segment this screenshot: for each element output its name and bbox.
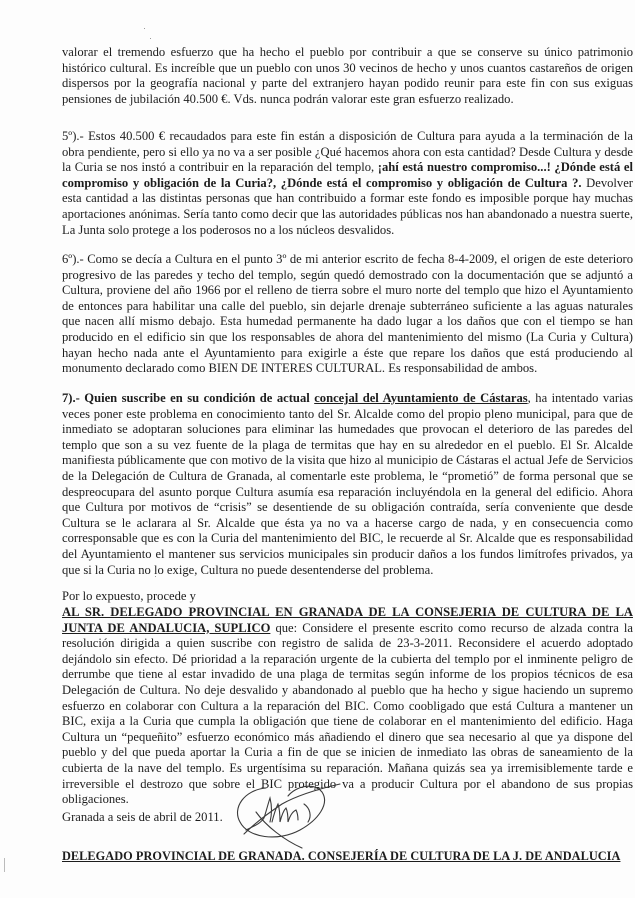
- paragraph-7-concejal: concejal del Ayuntamiento de Cástaras: [314, 391, 527, 405]
- date-line: Granada a seis de abril de 2011.: [62, 810, 223, 826]
- document-page: valorar el tremendo esfuerzo que ha hech…: [0, 0, 635, 898]
- paragraph-6: 6º).- Como se decía a Cultura en el punt…: [62, 252, 633, 377]
- scan-speck: [155, 576, 156, 577]
- paragraph-intro: valorar el tremendo esfuerzo que ha hech…: [62, 45, 633, 107]
- footer-addressee: DELEGADO PROVINCIAL DE GRANADA. CONSEJER…: [62, 849, 620, 865]
- scan-speck: [144, 28, 145, 29]
- scan-speck: [150, 38, 151, 39]
- signature-icon: [226, 782, 346, 854]
- paragraph-7-bold-lead: 7).- Quien suscribe en su condición de a…: [62, 391, 314, 405]
- scan-edge-mark: [4, 858, 5, 872]
- procede-line: Por lo expuesto, procede y: [62, 589, 633, 605]
- paragraph-7-text: , ha intentado varias veces poner este p…: [62, 391, 633, 577]
- suplico-text: que: Considere el presente escrito como …: [62, 621, 633, 807]
- paragraph-7: 7).- Quien suscribe en su condición de a…: [62, 391, 633, 578]
- suplico-paragraph: AL SR. DELEGADO PROVINCIAL EN GRANADA DE…: [62, 605, 633, 808]
- paragraph-5: 5º).- Estos 40.500 € recaudados para est…: [62, 129, 633, 238]
